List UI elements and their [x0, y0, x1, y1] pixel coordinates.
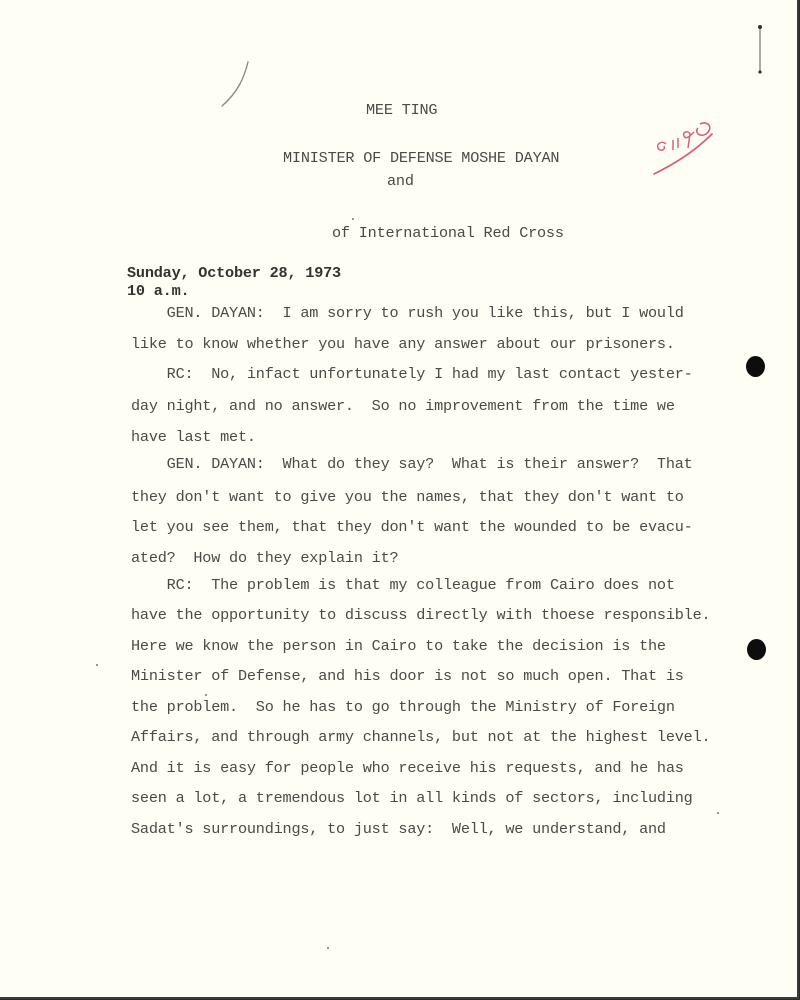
body-line: have last met. — [131, 428, 256, 446]
document-subtitle-line3: of International Red Cross — [332, 224, 564, 242]
paper-speck — [205, 694, 207, 696]
punch-hole-bottom — [747, 639, 766, 660]
pencil-mark-icon — [218, 60, 252, 110]
document-subtitle-line2: and — [387, 172, 414, 190]
body-line: Minister of Defense, and his door is not… — [131, 667, 684, 685]
body-line: GEN. DAYAN: I am sorry to rush you like … — [131, 304, 684, 322]
body-line: Here we know the person in Cairo to take… — [131, 637, 666, 655]
document-title: MEE TING — [366, 101, 437, 119]
meeting-time: 10 a.m. — [127, 282, 189, 300]
edge-mark-icon — [757, 24, 763, 76]
punch-hole-top — [746, 356, 765, 377]
document-page: MEE TING MINISTER OF DEFENSE MOSHE DAYAN… — [0, 0, 799, 999]
body-line: the problem. So he has to go through the… — [131, 698, 675, 716]
body-line: have the opportunity to discuss directly… — [131, 606, 710, 624]
paper-speck — [717, 812, 719, 814]
body-line: let you see them, that they don't want t… — [131, 518, 693, 536]
paper-speck — [352, 218, 354, 220]
body-line: seen a lot, a tremendous lot in all kind… — [131, 789, 693, 807]
body-line: Affairs, and through army channels, but … — [131, 728, 710, 746]
document-subtitle-line1: MINISTER OF DEFENSE MOSHE DAYAN — [283, 149, 559, 167]
paper-speck — [327, 947, 329, 949]
body-line: like to know whether you have any answer… — [131, 335, 675, 353]
body-line: RC: No, infact unfortunately I had my la… — [131, 365, 693, 383]
paper-speck — [96, 664, 98, 666]
body-line: ated? How do they explain it? — [131, 549, 398, 567]
body-line: RC: The problem is that my colleague fro… — [131, 576, 675, 594]
red-handwritten-annotation-icon — [648, 118, 720, 180]
meeting-date: Sunday, October 28, 1973 — [127, 264, 341, 282]
body-line: GEN. DAYAN: What do they say? What is th… — [131, 455, 693, 473]
body-line: Sadat's surroundings, to just say: Well,… — [131, 820, 666, 838]
body-line: day night, and no answer. So no improvem… — [131, 397, 675, 415]
body-line: And it is easy for people who receive hi… — [131, 759, 684, 777]
body-line: they don't want to give you the names, t… — [131, 488, 684, 506]
